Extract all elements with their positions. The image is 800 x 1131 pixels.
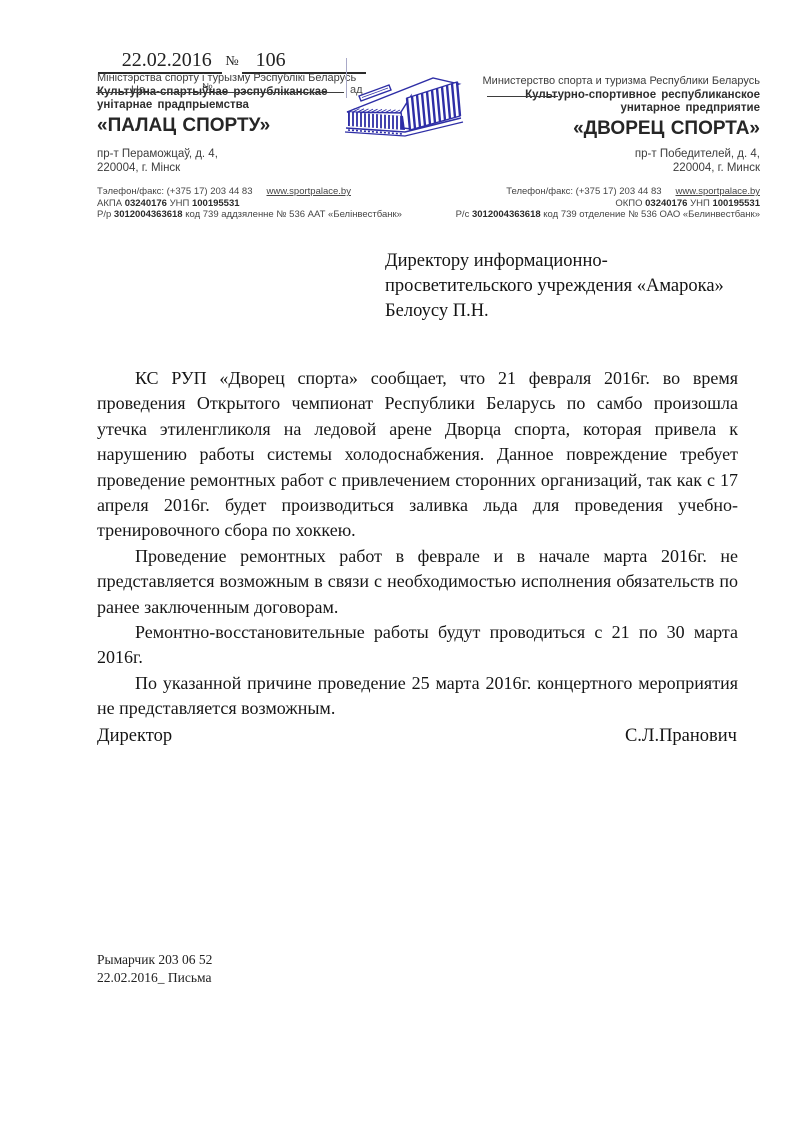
reg-line-by: АКПА 03240176 УНП 100195531 (97, 198, 402, 210)
org-type-line2-ru: унитарное предприятие (440, 102, 760, 115)
unp-value-by: 100195531 (192, 198, 240, 209)
account-prefix-ru: Р/с (456, 209, 470, 220)
account-number-by: 3012004363618 (114, 209, 183, 220)
unp-value-ru: 100195531 (712, 198, 760, 209)
org-name-by: «ПАЛАЦ СПОРТУ» (97, 116, 372, 136)
phone-ru: Телефон/факс: (+375 17) 203 44 83 (506, 186, 661, 197)
date-number-line: 22.02.2016 № 106 (98, 48, 366, 74)
unp-label-ru: УНП (690, 198, 710, 209)
executor-line: Рымарчик 203 06 52 (97, 951, 212, 969)
ruled-segment (98, 48, 117, 74)
org-type-line1-ru: Культурно-спортивное республиканское (440, 89, 760, 102)
letter-page: 22.02.2016 № 106 На № ад Міністэрства сп… (0, 0, 800, 1131)
contacts-ru: Телефон/факс: (+375 17) 203 44 83www.spo… (400, 186, 760, 221)
recipient-line2: просветительского учреждения «Амарока» (385, 274, 777, 299)
account-prefix-by: Р/р (97, 209, 111, 220)
ministry-name-by: Міністэрства спорту і турызму Рэспублікі… (97, 72, 372, 85)
signature-row: Директор С.Л.Пранович (97, 726, 737, 747)
number-sign: № (222, 52, 241, 74)
bank-rest-ru: код 739 отделение № 536 ОАО «Белинвестба… (543, 209, 760, 220)
address-by: пр-т Пераможцаў, д. 4, 220004, г. Мінск (97, 147, 218, 175)
okpo-label-by: АКПА (97, 198, 122, 209)
body-paragraph: По указанной причине проведение 25 марта… (97, 671, 738, 722)
okpo-value-by: 03240176 (125, 198, 167, 209)
ruled-line-right (487, 96, 558, 97)
body-paragraph: Ремонтно-восстановительные работы будут … (97, 620, 738, 671)
website-link: www.sportpalace.by (266, 186, 350, 197)
file-note-line: 22.02.2016_ Письма (97, 969, 212, 987)
letterhead-right: Министерство спорта и туризма Республики… (440, 75, 760, 139)
org-type-line2-by: унітарнае прадпрыемства (97, 99, 372, 112)
org-type-line1-by: Культурна-спартыўнае рэспубліканскае (97, 86, 372, 99)
account-number-ru: 3012004363618 (472, 209, 541, 220)
address-by-line1: пр-т Пераможцаў, д. 4, (97, 147, 218, 161)
signer-role: Директор (97, 726, 172, 747)
reg-line-ru: ОКПО 03240176 УНП 100195531 (400, 198, 760, 210)
address-ru-line2: 220004, г. Минск (440, 161, 760, 175)
body-paragraph: КС РУП «Дворец спорта» сообщает, что 21 … (97, 366, 738, 544)
body-paragraph: Проведение ремонтных работ в феврале и в… (97, 544, 738, 620)
bank-line-ru: Р/с 3012004363618 код 739 отделение № 53… (400, 209, 760, 221)
letter-body: КС РУП «Дворец спорта» сообщает, что 21 … (97, 366, 738, 722)
recipient-line3: Белоусу П.Н. (385, 299, 777, 324)
address-ru: пр-т Победителей, д. 4, 220004, г. Минск (440, 147, 760, 175)
sports-palace-logo-icon (345, 72, 471, 138)
phone-line-ru: Телефон/факс: (+375 17) 203 44 83www.spo… (400, 186, 760, 198)
bank-line-by: Р/р 3012004363618 код 739 аддзяленне № 5… (97, 209, 402, 221)
address-ru-line1: пр-т Победителей, д. 4, (440, 147, 760, 161)
signer-name: С.Л.Пранович (625, 726, 737, 747)
website-link: www.sportpalace.by (676, 186, 760, 197)
address-by-line2: 220004, г. Мінск (97, 161, 218, 175)
recipient-block: Директору информационно- просветительско… (385, 249, 777, 324)
ministry-name-ru: Министерство спорта и туризма Республики… (440, 75, 760, 88)
org-name-ru: «ДВОРЕЦ СПОРТА» (440, 119, 760, 139)
letter-number: 106 (242, 48, 366, 74)
phone-line-by: Тэлефон/факс: (+375 17) 203 44 83www.spo… (97, 186, 402, 198)
contacts-by: Тэлефон/факс: (+375 17) 203 44 83www.spo… (97, 186, 402, 221)
recipient-line1: Директору информационно- (385, 249, 777, 274)
okpo-label-ru: ОКПО (615, 198, 642, 209)
letter-date: 22.02.2016 (117, 48, 217, 74)
okpo-value-ru: 03240176 (645, 198, 687, 209)
executor-footer: Рымарчик 203 06 52 22.02.2016_ Письма (97, 951, 212, 986)
letterhead-left: Міністэрства спорту і турызму Рэспублікі… (97, 72, 372, 136)
phone-by: Тэлефон/факс: (+375 17) 203 44 83 (97, 186, 252, 197)
bank-rest-by: код 739 аддзяленне № 536 ААТ «Белінвестб… (185, 209, 402, 220)
unp-label-by: УНП (170, 198, 190, 209)
